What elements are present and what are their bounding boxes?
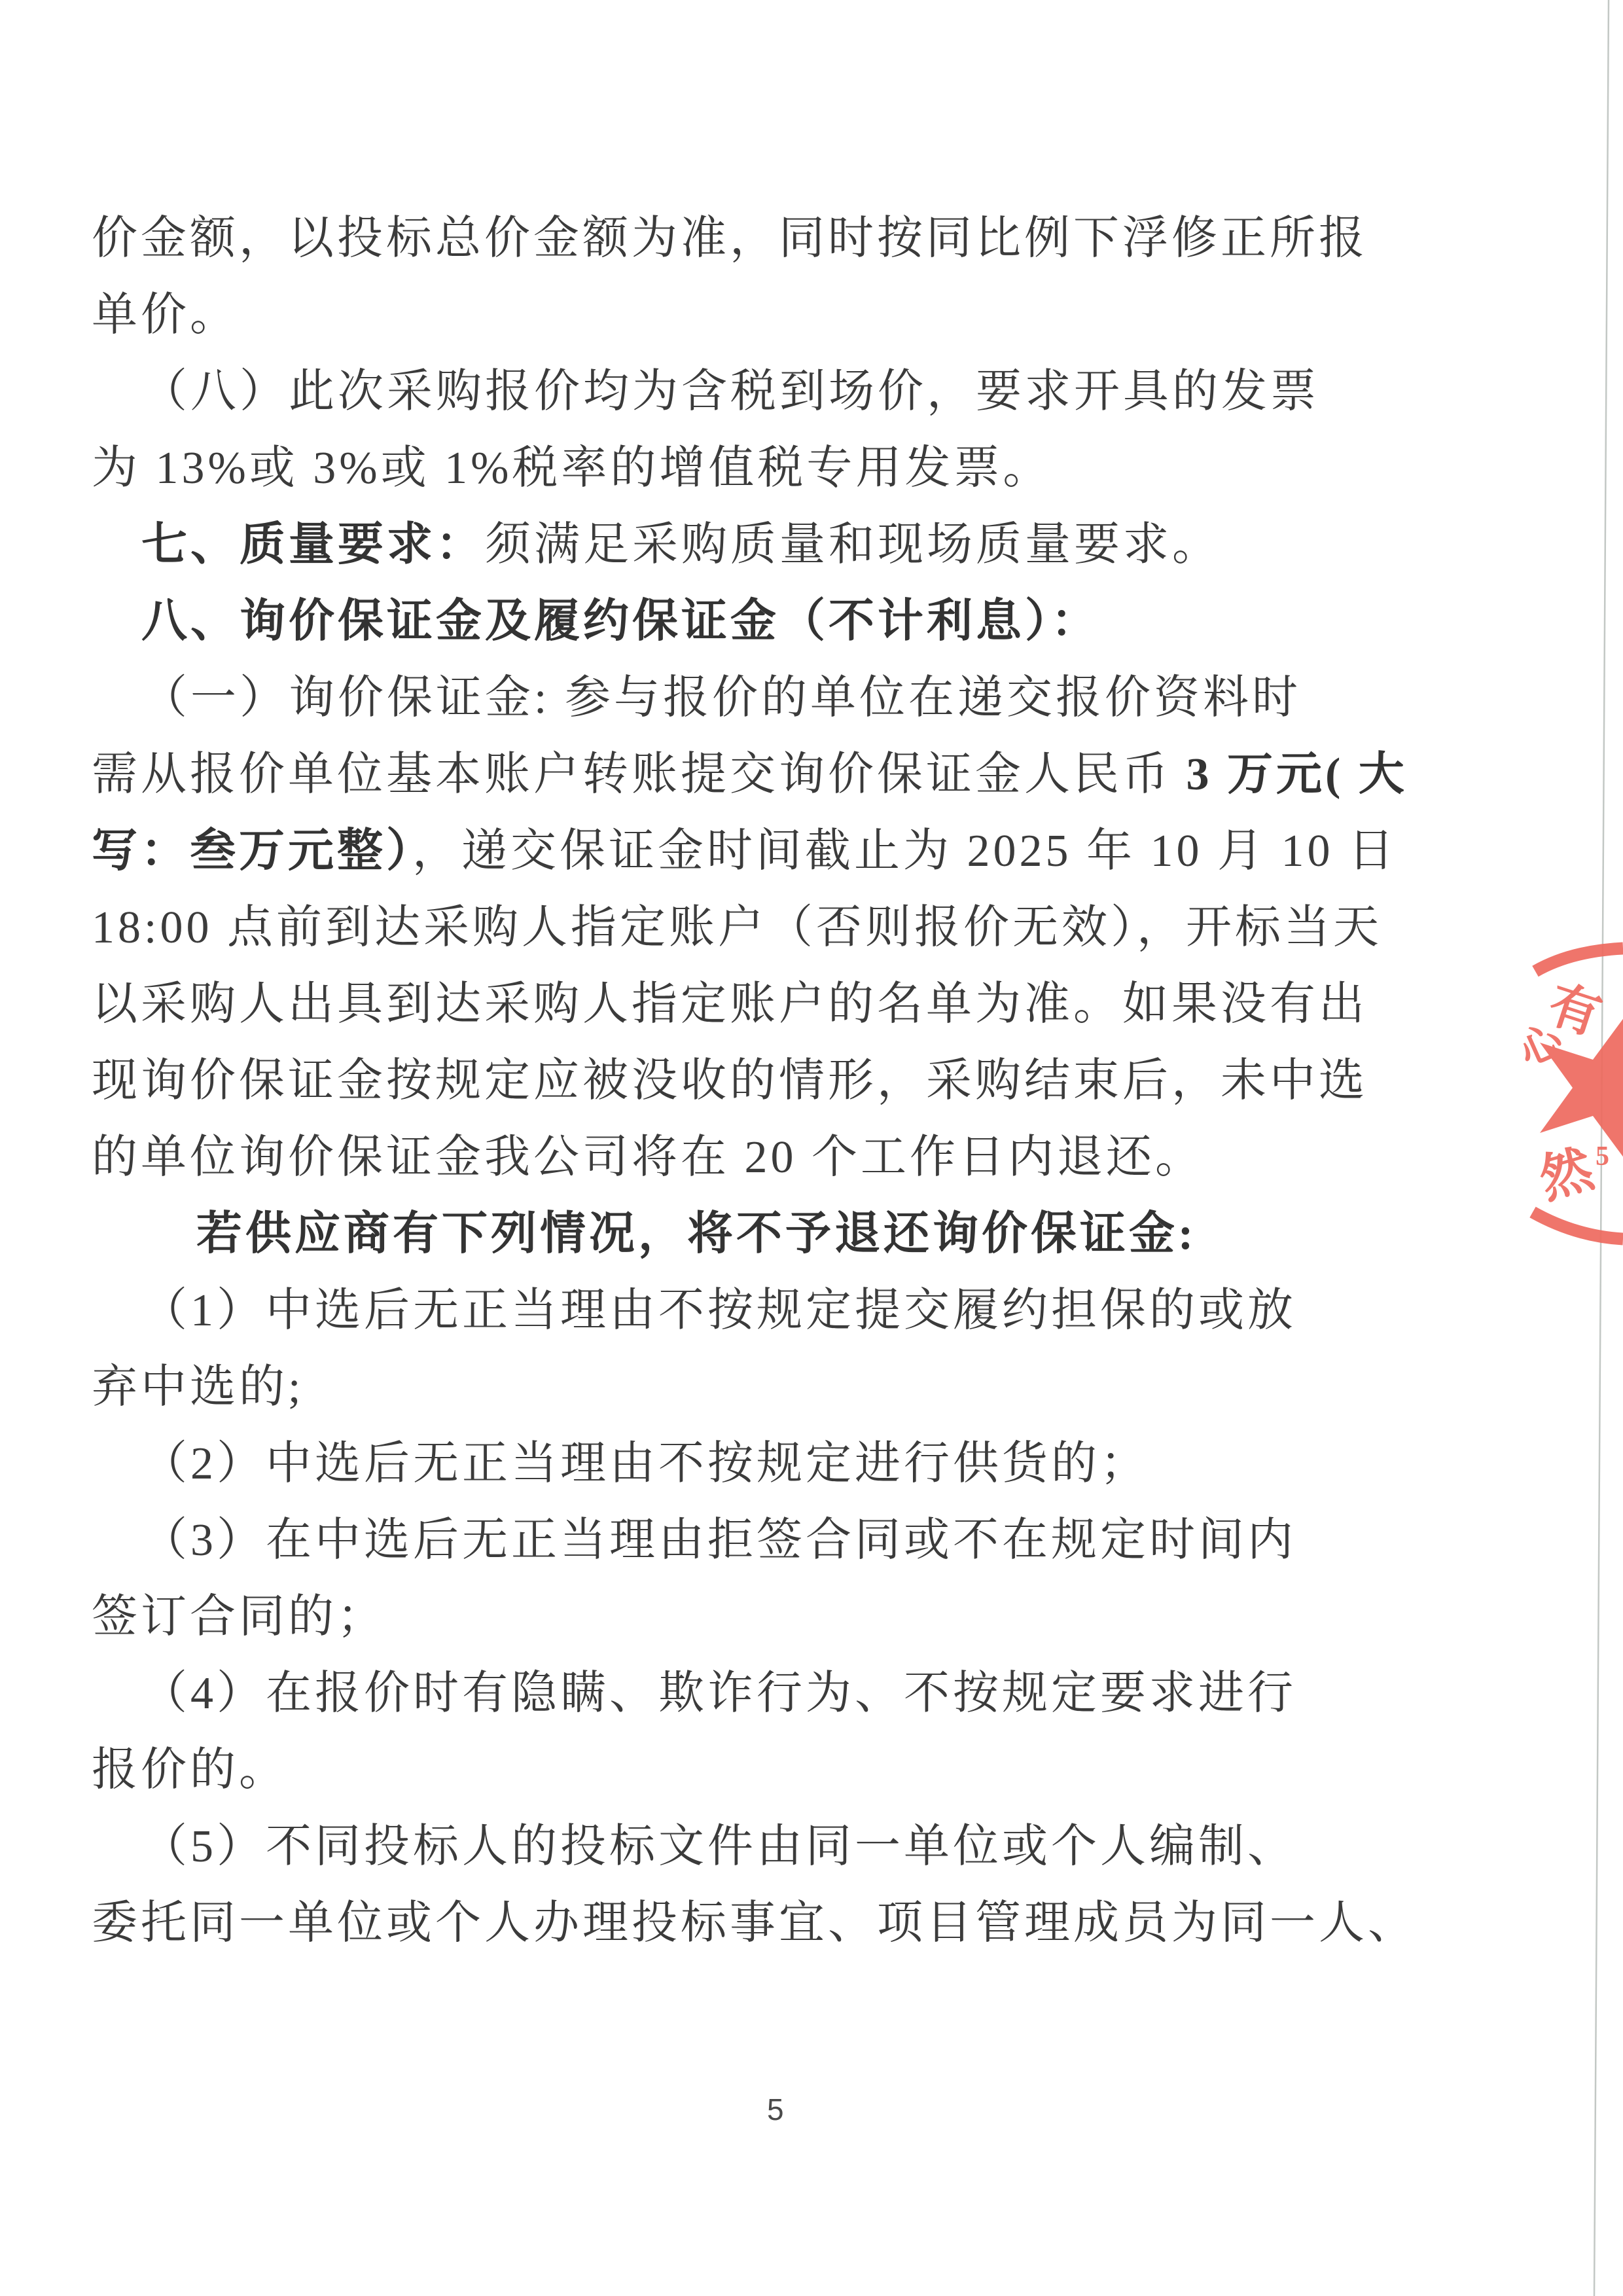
text-segment: （3）在中选后无正当理由拒签合同或不在规定时间内 <box>141 1515 1296 1566</box>
text-line: 七、质量要求：须满足采购质量和现场质量要求。 <box>92 507 1541 583</box>
text-segment: （2）中选后无正当理由不按规定进行供货的； <box>141 1439 1149 1489</box>
text-segment-bold: 写：叁万元整） <box>92 826 412 876</box>
text-line: 18:00 点前到达采购人指定账户（否则报价无效），开标当天 <box>92 889 1541 966</box>
text-line: 弃中选的; <box>92 1349 1541 1426</box>
scan-artifact-line <box>1594 0 1609 2296</box>
text-segment: 弃中选的; <box>92 1362 304 1412</box>
text-segment: 签订合同的； <box>92 1592 386 1642</box>
page-number: 5 <box>767 2092 784 2127</box>
text-segment-bold: 八、询价保证金及履约保证金（不计利息）： <box>141 596 1100 647</box>
document-body: 价金额，以投标总价金额为准，同时按同比例下浮修正所报单价。（八）此次采购报价均为… <box>92 200 1541 1962</box>
text-line: 为 13%或 3%或 1%税率的增值税专用发票。 <box>92 430 1541 507</box>
text-segment: 须满足采购质量和现场质量要求。 <box>485 520 1221 570</box>
text-segment: （一）询价保证金: 参与报价的单位在递交报价资料时 <box>141 673 1301 723</box>
text-segment: （八）此次采购报价均为含税到场价，要求开具的发票 <box>141 367 1319 417</box>
text-segment: 价金额，以投标总价金额为准，同时按同比例下浮修正所报 <box>92 213 1368 264</box>
text-line: 委托同一单位或个人办理投标事宜、项目管理成员为同一人、 <box>92 1885 1541 1962</box>
text-line: 若供应商有下列情况，将不予退还询价保证金: <box>92 1196 1541 1272</box>
scanned-document-page: 价金额，以投标总价金额为准，同时按同比例下浮修正所报单价。（八）此次采购报价均为… <box>0 0 1623 2296</box>
seal-char-top: 有 <box>1542 975 1608 1045</box>
text-line: 报价的。 <box>92 1732 1541 1808</box>
text-line: （1）中选后无正当理由不按规定提交履约担保的或放 <box>92 1272 1541 1349</box>
text-line: 单价。 <box>92 277 1541 353</box>
text-line: 签订合同的； <box>92 1579 1541 1655</box>
text-line: 价金额，以投标总价金额为准，同时按同比例下浮修正所报 <box>92 200 1541 277</box>
text-line: （2）中选后无正当理由不按规定进行供货的； <box>92 1426 1541 1502</box>
text-segment: 需从报价单位基本账户转账提交询价保证金人民币 <box>92 749 1171 800</box>
seal-ring-top-arc <box>1535 948 1623 971</box>
text-segment: ，递交保证金时间截止为 2025 年 10 月 10 日 <box>412 826 1397 876</box>
seal-digit: 5 <box>1596 1141 1609 1172</box>
text-line: （5）不同投标人的投标文件由同一单位或个人编制、 <box>92 1808 1541 1885</box>
text-segment-bold: 七、质量要求： <box>141 520 485 570</box>
text-segment: 报价的。 <box>92 1745 288 1795</box>
seal-ring-bottom-arc <box>1533 1212 1623 1239</box>
text-segment: 的单位询价保证金我公司将在 20 个工作日内退还。 <box>92 1132 1204 1183</box>
text-segment: （1）中选后无正当理由不按规定提交履约担保的或放 <box>141 1285 1296 1336</box>
text-segment: 18:00 点前到达采购人指定账户（否则报价无效），开标当天 <box>92 903 1382 953</box>
text-segment: 为 13%或 3%或 1%税率的增值税专用发票。 <box>92 443 1052 493</box>
text-segment: （4）在报价时有隐瞒、欺诈行为、不按规定要求进行 <box>141 1668 1296 1719</box>
text-segment: 现询价保证金按规定应被没收的情形，采购结束后，未中选 <box>92 1056 1368 1106</box>
text-segment-bold: 若供应商有下列情况，将不予退还询价保证金: <box>196 1209 1196 1259</box>
text-segment: 以采购人出具到达采购人指定账户的名单为准。如果没有出 <box>92 979 1368 1030</box>
text-line: （3）在中选后无正当理由拒签合同或不在规定时间内 <box>92 1502 1541 1579</box>
text-line: 八、询价保证金及履约保证金（不计利息）： <box>92 583 1541 660</box>
text-line: 需从报价单位基本账户转账提交询价保证金人民币 3 万元( 大 <box>92 736 1541 813</box>
seal-star-icon <box>1540 1014 1623 1161</box>
text-line: 的单位询价保证金我公司将在 20 个工作日内退还。 <box>92 1119 1541 1196</box>
text-segment: （5）不同投标人的投标文件由同一单位或个人编制、 <box>141 1821 1296 1872</box>
text-segment-bold: 3 万元( 大 <box>1171 749 1408 800</box>
text-line: 以采购人出具到达采购人指定账户的名单为准。如果没有出 <box>92 966 1541 1043</box>
text-segment: 委托同一单位或个人办理投标事宜、项目管理成员为同一人、 <box>92 1898 1417 1948</box>
text-segment: 单价。 <box>92 290 239 340</box>
text-line: （八）此次采购报价均为含税到场价，要求开具的发票 <box>92 353 1541 430</box>
text-line: 写：叁万元整），递交保证金时间截止为 2025 年 10 月 10 日 <box>92 813 1541 889</box>
seal-char-bottom: 然 <box>1533 1140 1600 1210</box>
text-line: （4）在报价时有隐瞒、欺诈行为、不按规定要求进行 <box>92 1655 1541 1732</box>
text-line: （一）询价保证金: 参与报价的单位在递交报价资料时 <box>92 660 1541 736</box>
text-line: 现询价保证金按规定应被没收的情形，采购结束后，未中选 <box>92 1043 1541 1119</box>
